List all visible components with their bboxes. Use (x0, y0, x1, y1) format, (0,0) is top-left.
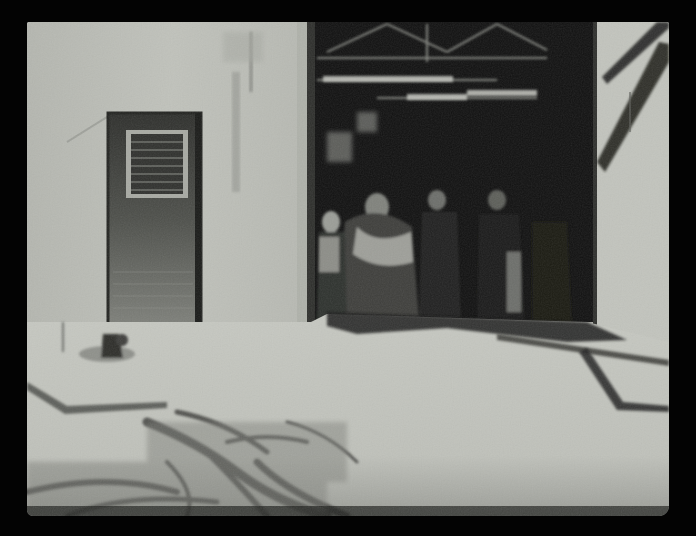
film-still-illustration (27, 22, 669, 516)
film-still: Black-and-white film still: workers leav… (27, 22, 669, 516)
film-grain (27, 22, 669, 516)
video-frame-letterbox: Black-and-white film still: workers leav… (0, 0, 696, 536)
